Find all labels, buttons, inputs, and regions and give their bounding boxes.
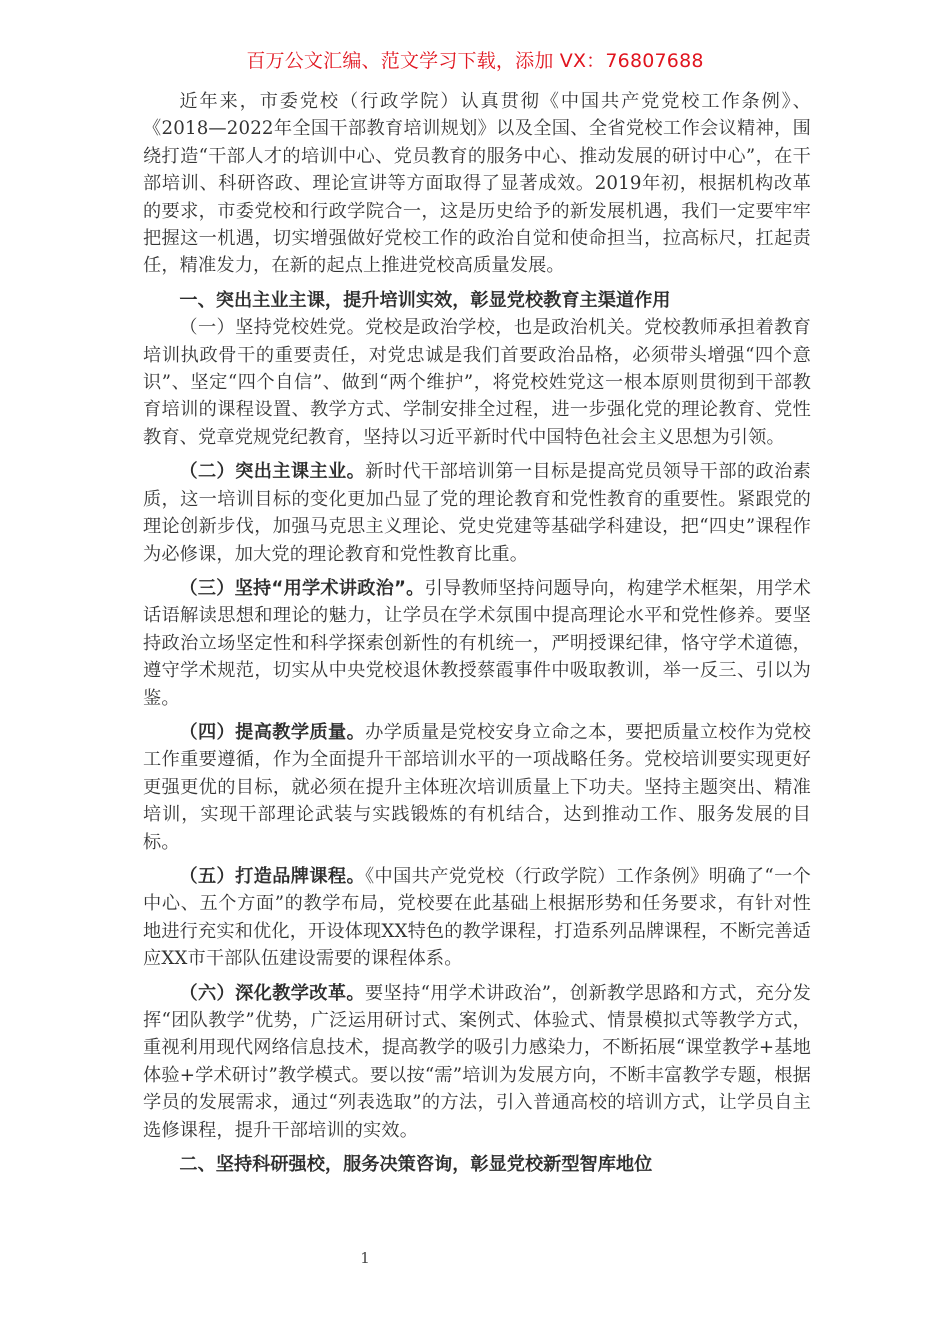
document-body: 近年来，市委党校（行政学院）认真贯彻《中国共产党党校工作条例》、《2018—20…: [143, 88, 811, 1178]
section-heading-2: 二、坚持科研强校，服务决策咨询，彰显党校新型智库地位: [143, 1151, 811, 1178]
watermark-banner: 百万公文汇编、范文学习下载，添加 VX：76807688: [0, 46, 950, 73]
paragraph-item-1: （一）坚持党校姓党。党校是政治学校，也是政治机关。党校教师承担着教育培训执政骨干…: [143, 314, 811, 451]
item-lead: （三）坚持“用学术讲政治”。: [179, 578, 424, 599]
section-heading-1: 一、突出主业主课，提升培训实效，彰显党校教育主渠道作用: [143, 287, 811, 314]
paragraph-item-3: （三）坚持“用学术讲政治”。引导教师坚持问题导向，构建学术框架，用学术话语解读思…: [143, 575, 811, 712]
paragraph-item-6: （六）深化教学改革。要坚持“用学术讲政治”，创新教学思路和方式，充分发挥“团队教…: [143, 980, 811, 1144]
item-lead: （二）突出主课主业。: [179, 461, 365, 482]
item-lead: （四）提高教学质量。: [179, 722, 365, 743]
item-lead: （一）坚持党校姓党。: [179, 317, 365, 338]
item-body: 要坚持“用学术讲政治”，创新教学思路和方式，充分发挥“团队教学”优势，广泛运用研…: [143, 983, 811, 1141]
paragraph-item-5: （五）打造品牌课程。《中国共产党党校（行政学院）工作条例》明确了“一个中心、五个…: [143, 863, 811, 973]
item-lead: （六）深化教学改革。: [179, 983, 365, 1004]
intro-paragraph: 近年来，市委党校（行政学院）认真贯彻《中国共产党党校工作条例》、《2018—20…: [143, 88, 811, 280]
paragraph-item-2: （二）突出主课主业。新时代干部培训第一目标是提高党员领导干部的政治素质，这一培训…: [143, 458, 811, 568]
paragraph-item-4: （四）提高教学质量。办学质量是党校安身立命之本，要把质量立校作为党校工作重要遵循…: [143, 719, 811, 856]
item-lead: （五）打造品牌课程。: [179, 866, 365, 887]
page-number: 1: [0, 1249, 730, 1267]
